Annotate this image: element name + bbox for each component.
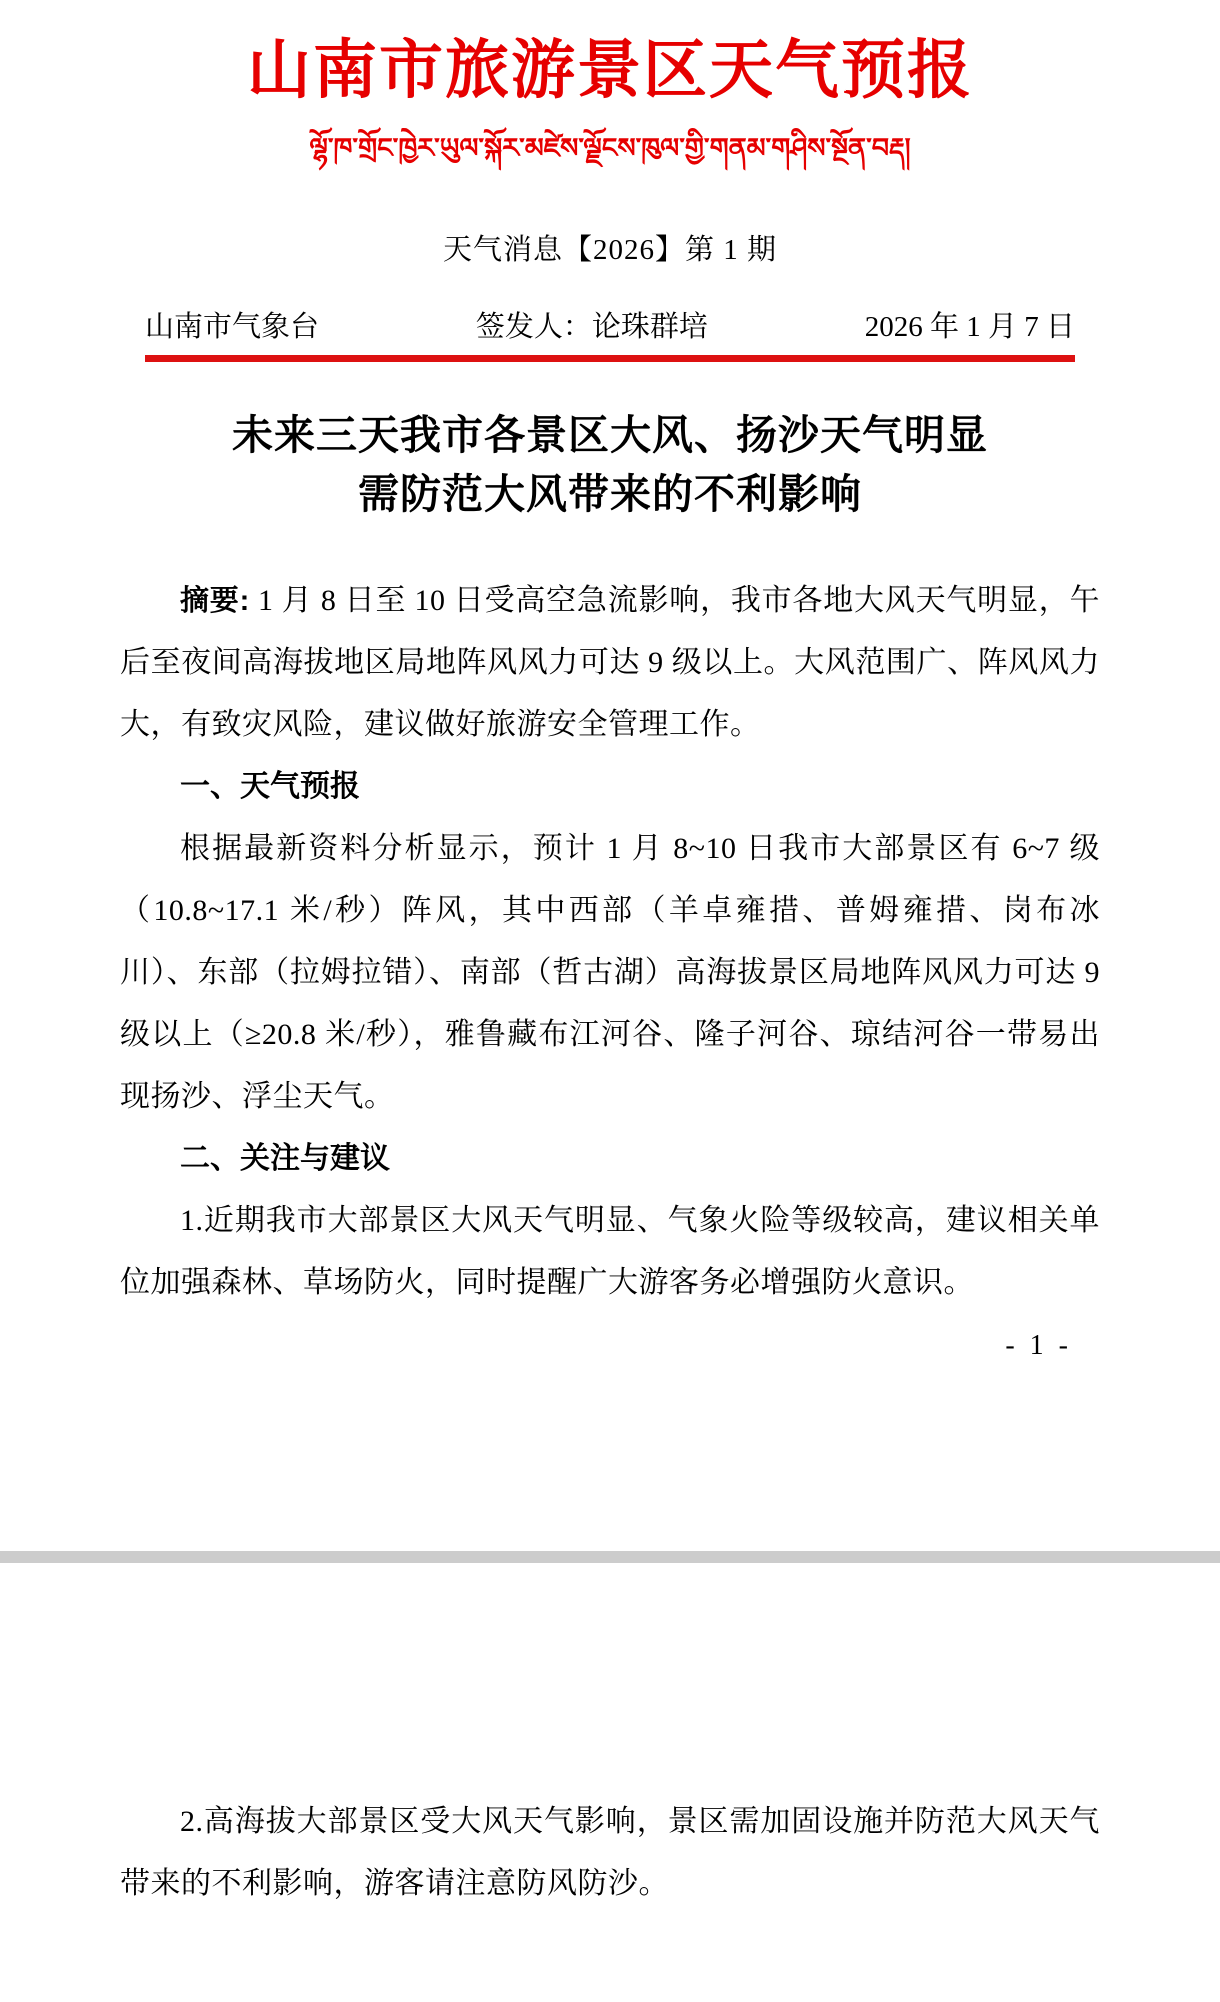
issue-date: 2026 年 1 月 7 日 bbox=[865, 304, 1075, 345]
section-1-heading: 一、天气预报 bbox=[120, 756, 1100, 818]
summary-text: 1 月 8 日至 10 日受高空急流影响，我市各地大风天气明显，午后至夜间高海拔… bbox=[120, 584, 1100, 741]
page-2-paragraph: 2.高海拔大部景区受大风天气影响，景区需加固设施并防范大风天气带来的不利影响，游… bbox=[120, 1791, 1100, 1915]
signer-name: 签发人：论珠群培 bbox=[476, 304, 708, 345]
issuer-name: 山南市气象台 bbox=[145, 304, 319, 345]
section-2-heading: 二、关注与建议 bbox=[120, 1128, 1100, 1190]
section-1-paragraph: 根据最新资料分析显示，预计 1 月 8~10 日我市大部景区有 6~7 级（10… bbox=[120, 818, 1100, 1128]
summary-paragraph: 摘要: 1 月 8 日至 10 日受高空急流影响，我市各地大风天气明显，午后至夜… bbox=[120, 570, 1100, 756]
issue-number-line: 天气消息【2026】第 1 期 bbox=[120, 227, 1100, 268]
page-separator bbox=[0, 1551, 1220, 1563]
document-viewer: 山南市旅游景区天气预报 ལྷོ་ཁ་གྲོང་ཁྱེར་ཡུལ་སྐོར་མཛེ… bbox=[0, 0, 1220, 2002]
headline-line-1: 未来三天我市各景区大风、扬沙天气明显 bbox=[120, 406, 1100, 465]
issuer-row: 山南市气象台 签发人：论珠群培 2026 年 1 月 7 日 bbox=[145, 304, 1075, 362]
document-headline: 未来三天我市各景区大风、扬沙天气明显 需防范大风带来的不利影响 bbox=[120, 406, 1100, 524]
page-1: 山南市旅游景区天气预报 ལྷོ་ཁ་གྲོང་ཁྱེར་ཡུལ་སྐོར་མཛེ… bbox=[0, 0, 1220, 1551]
masthead-title: 山南市旅游景区天气预报 bbox=[120, 36, 1100, 106]
page-number: - 1 - bbox=[120, 1330, 1100, 1362]
section-2-paragraph: 1.近期我市大部景区大风天气明显、气象火险等级较高，建议相关单位加强森林、草场防… bbox=[120, 1190, 1100, 1314]
masthead-tibetan-subtitle: ལྷོ་ཁ་གྲོང་ཁྱེར་ཡུལ་སྐོར་མཛེས་ལྗོངས་ཁུལ་… bbox=[120, 132, 1100, 164]
page-2: 2.高海拔大部景区受大风天气影响，景区需加固设施并防范大风天气带来的不利影响，游… bbox=[0, 1563, 1220, 2002]
headline-line-2: 需防范大风带来的不利影响 bbox=[120, 465, 1100, 524]
summary-label: 摘要: bbox=[180, 585, 250, 617]
